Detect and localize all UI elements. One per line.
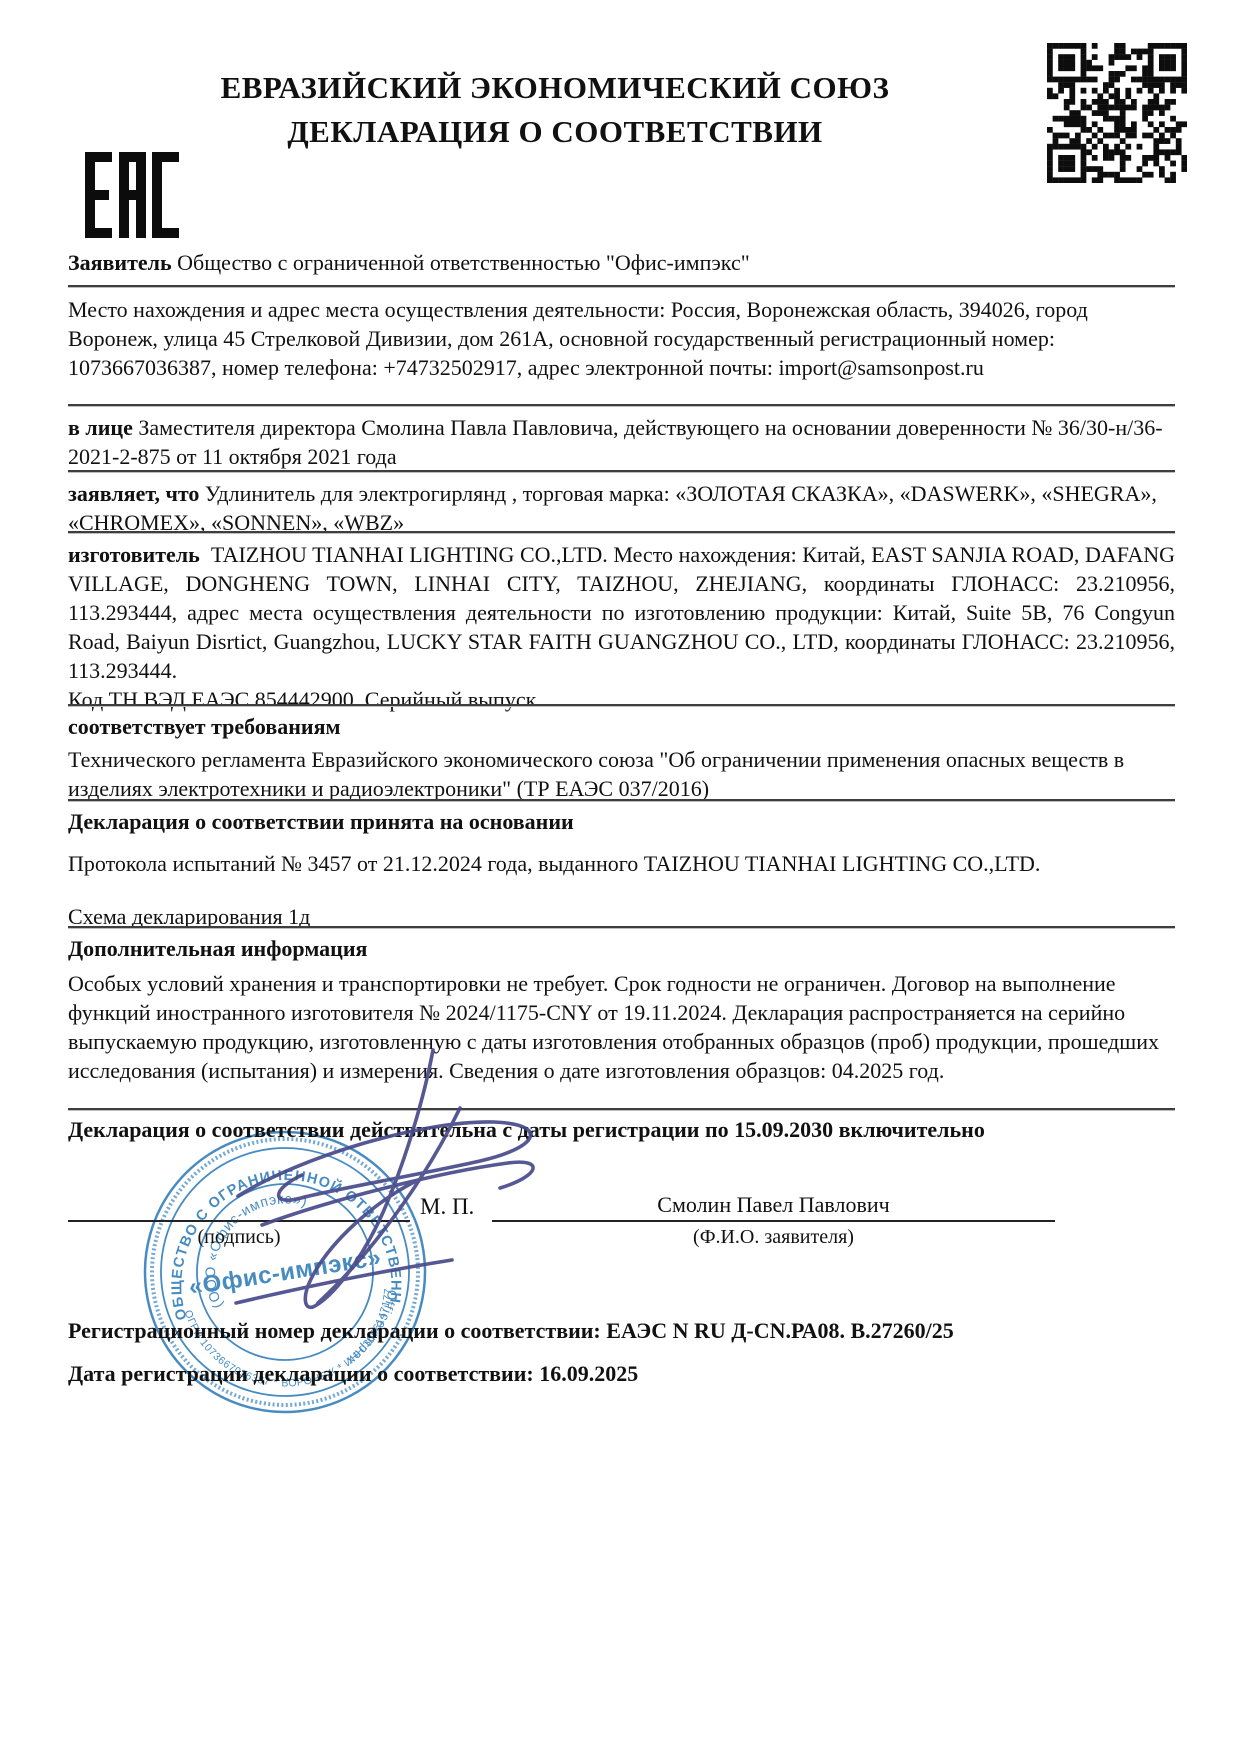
additional-value: Особых условий хранения и транспортировк… <box>68 969 1175 1085</box>
complies-heading-row: соответствует требованиям <box>68 712 1175 741</box>
registration-date-row: Дата регистрации декларации о соответств… <box>68 1361 1175 1387</box>
manufacturer-value: TAIZHOU TIANHAI LIGHTING CO.,LTD. Место … <box>68 542 1175 683</box>
declares-value: Удлинитель для электрогирлянд , торговая… <box>68 481 1157 535</box>
address-row: Место нахождения и адрес места осуществл… <box>68 295 1175 382</box>
complies-value: Технического регламента Евразийского эко… <box>68 745 1175 803</box>
applicant-label: Заявитель <box>68 250 172 275</box>
stamp-center-text: «Офис-импэкс» <box>187 1244 383 1301</box>
in-person-label: в лице <box>68 415 133 440</box>
divider <box>68 799 1175 801</box>
in-person-row: в лице Заместителя директора Смолина Пав… <box>68 413 1175 471</box>
name-line <box>492 1220 1055 1222</box>
declaration-document: ЕВРАЗИЙСКИЙ ЭКОНОМИЧЕСКИЙ СОЮЗ ДЕКЛАРАЦИ… <box>0 0 1241 1755</box>
applicant-value: Общество с ограниченной ответственностью… <box>177 250 750 275</box>
eac-logo <box>85 152 179 238</box>
divider <box>68 470 1175 472</box>
manufacturer-label: изготовитель <box>68 542 200 567</box>
additional-text-row: Особых условий хранения и транспортировк… <box>68 969 1175 1085</box>
title-line-declaration: ДЕКЛАРАЦИЯ О СООТВЕТСТВИИ <box>150 110 960 154</box>
divider <box>68 1108 1175 1110</box>
basis-value: Протокола испытаний № 3457 от 21.12.2024… <box>68 849 1175 878</box>
reg-number-value: ЕАЭС N RU Д-CN.РА08. В.27260/25 <box>606 1318 954 1343</box>
registration-number-row: Регистрационный номер декларации о соотв… <box>68 1318 1175 1344</box>
applicant-row: Заявитель Общество с ограниченной ответс… <box>68 248 1175 277</box>
basis-text-row: Протокола испытаний № 3457 от 21.12.2024… <box>68 849 1175 878</box>
divider <box>68 285 1175 287</box>
reg-date-value: 16.09.2025 <box>539 1361 638 1386</box>
address-value: Место нахождения и адрес места осуществл… <box>68 295 1175 382</box>
additional-heading: Дополнительная информация <box>68 934 1175 963</box>
divider <box>68 531 1175 533</box>
basis-heading-row: Декларация о соответствии принята на осн… <box>68 807 1175 836</box>
signature-line <box>68 1220 410 1222</box>
reg-number-label: Регистрационный номер декларации о соотв… <box>68 1318 601 1343</box>
declares-row: заявляет, что Удлинитель для электрогирл… <box>68 479 1175 537</box>
divider <box>68 704 1175 706</box>
divider <box>68 404 1175 406</box>
divider <box>68 926 1175 928</box>
document-title: ЕВРАЗИЙСКИЙ ЭКОНОМИЧЕСКИЙ СОЮЗ ДЕКЛАРАЦИ… <box>150 66 960 154</box>
in-person-value: Заместителя директора Смолина Павла Павл… <box>68 415 1163 469</box>
complies-text-row: Технического регламента Евразийского эко… <box>68 745 1175 803</box>
tnved-value: Код ТН ВЭД ЕАЭС 854442900. Серийный выпу… <box>68 685 1175 714</box>
qr-code <box>1047 43 1187 183</box>
validity-value: Декларация о соответствии действительна … <box>68 1115 1175 1144</box>
manufacturer-row: изготовитель TAIZHOU TIANHAI LIGHTING CO… <box>68 540 1175 714</box>
additional-heading-row: Дополнительная информация <box>68 934 1175 963</box>
title-line-union: ЕВРАЗИЙСКИЙ ЭКОНОМИЧЕСКИЙ СОЮЗ <box>150 66 960 110</box>
validity-row: Декларация о соответствии действительна … <box>68 1115 1175 1144</box>
applicant-name: Смолин Павел Павлович <box>492 1192 1055 1218</box>
mp-label: М. П. <box>420 1194 474 1220</box>
name-caption: (Ф.И.О. заявителя) <box>492 1226 1055 1249</box>
basis-heading: Декларация о соответствии принята на осн… <box>68 807 1175 836</box>
complies-heading: соответствует требованиям <box>68 712 1175 741</box>
declares-label: заявляет, что <box>68 481 199 506</box>
signature-caption: (подпись) <box>68 1226 410 1249</box>
reg-date-label: Дата регистрации декларации о соответств… <box>68 1361 534 1386</box>
